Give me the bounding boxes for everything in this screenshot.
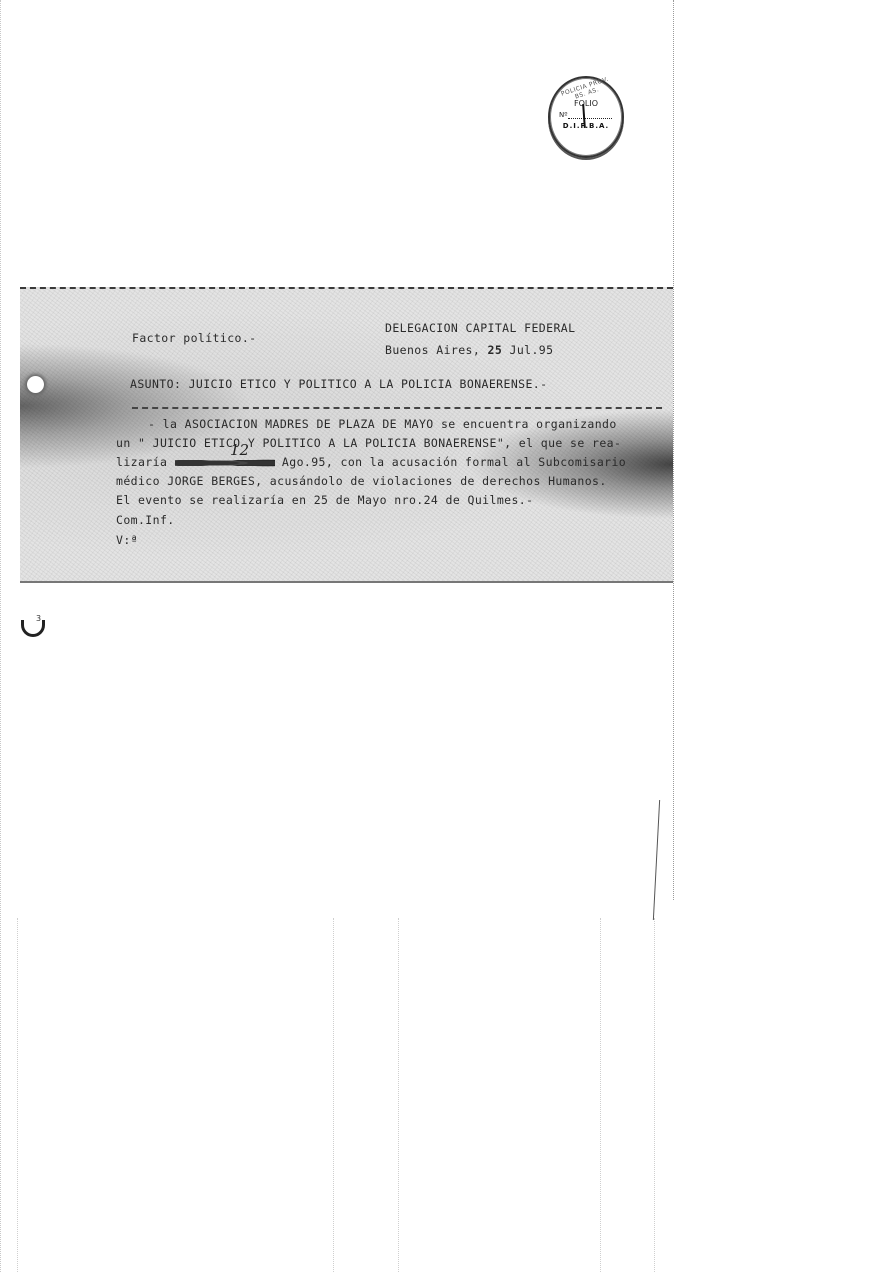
memo-body-line: El evento se realizaría en 25 de Mayo nr…	[116, 493, 533, 507]
memo-factor: Factor político.-	[132, 331, 257, 345]
memo-photocopy: Factor político.- DELEGACION CAPITAL FED…	[20, 287, 673, 583]
memo-body-line: médico JORGE BERGES, acusándolo de viola…	[116, 474, 607, 488]
scan-column-line	[600, 918, 601, 1272]
folio-stamp: POLICIA PROV. BS. AS. FOLIO Nº D.I.P.B.A…	[548, 76, 624, 158]
memo-subject: ASUNTO: JUICIO ETICO Y POLITICO A LA POL…	[130, 377, 547, 391]
scan-column-line	[654, 918, 655, 1272]
memo-body-text: lizaría	[116, 455, 167, 469]
page-edge-fold	[653, 800, 660, 920]
scan-column-line	[398, 918, 399, 1272]
dashed-rule	[132, 407, 662, 409]
memo-date-suffix: Jul.95	[502, 343, 553, 357]
memo-body-line: un " JUICIO ETICO Y POLITICO A LA POLICI…	[116, 436, 621, 450]
handwritten-day: 12	[230, 441, 249, 459]
scan-edge-left	[0, 0, 3, 1272]
memo-delegation: DELEGACION CAPITAL FEDERAL	[385, 321, 575, 335]
pen-mark	[21, 620, 45, 637]
scan-column-line	[333, 918, 334, 1272]
memo-visto: V:ª	[116, 533, 138, 547]
stamp-folio-label: FOLIO	[550, 99, 622, 108]
page-edge-right	[673, 0, 674, 900]
scan-column-line	[17, 918, 18, 1272]
memo-body-line: lizaría Ago.95, con la acusación formal …	[116, 455, 626, 469]
memo-body-line: - la ASOCIACION MADRES DE PLAZA DE MAYO …	[148, 417, 617, 431]
punch-hole	[27, 376, 44, 393]
redaction-scribble	[175, 458, 275, 468]
memo-com-inf: Com.Inf.	[116, 513, 175, 527]
pen-mark-number: 3	[36, 614, 41, 623]
memo-date: Buenos Aires, 25 Jul.95	[385, 343, 553, 357]
memo-date-prefix: Buenos Aires,	[385, 343, 488, 357]
memo-date-day: 25	[488, 343, 503, 357]
stamp-number-label: Nº	[559, 111, 568, 119]
memo-body-text: Ago.95, con la acusación formal al Subco…	[275, 455, 627, 469]
stamp-code: D.I.P.B.A.	[550, 122, 622, 130]
stamp-number-line	[568, 118, 612, 119]
